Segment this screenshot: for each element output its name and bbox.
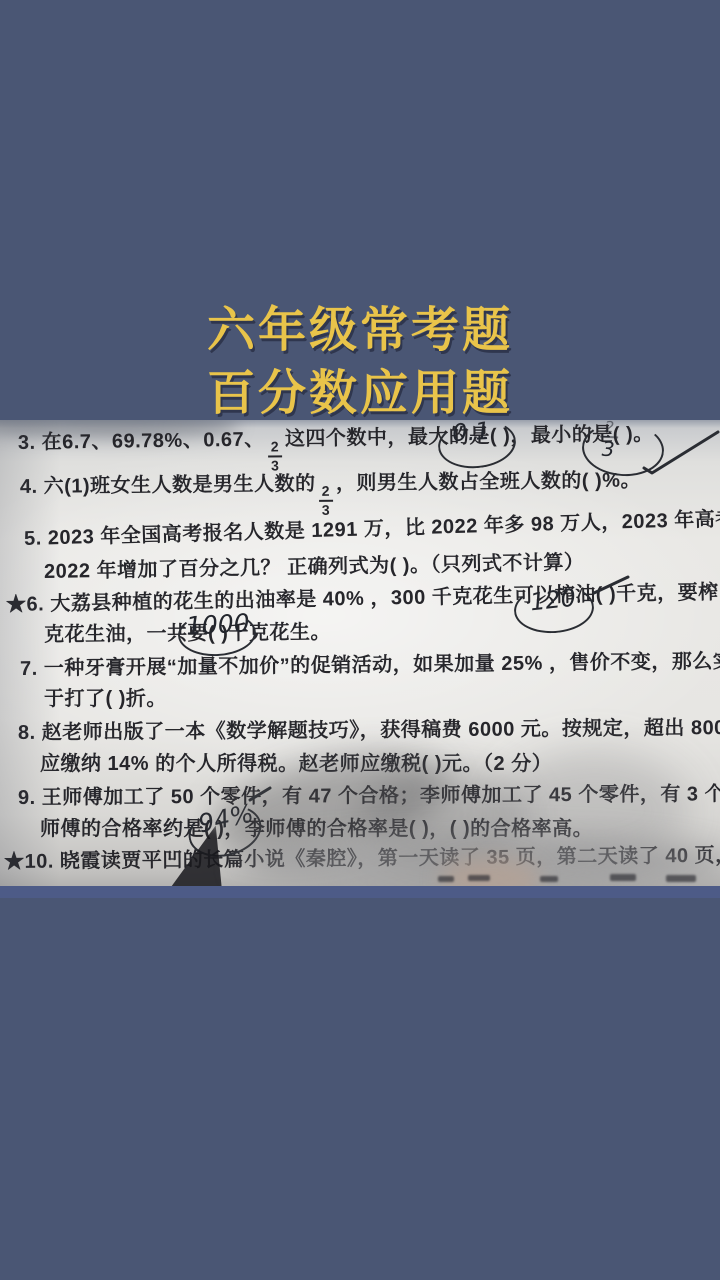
check-mark-q6 xyxy=(592,575,632,597)
worksheet-photo: 3. 在6.7、69.78%、0.67、23这四个数中，最大的是( )，最小的是… xyxy=(0,420,720,886)
video-caption: 六年级常考题 百分数应用题 xyxy=(0,299,720,425)
problem-line-q8-1: 8. 赵老师出版了一本《数学解题技巧》，获得稿费 6000 元。按规定，超出 8… xyxy=(18,710,720,745)
cutoff-text-fragment xyxy=(468,875,490,881)
cutoff-text-fragment xyxy=(666,875,696,882)
caption-line-2: 百分数应用题 xyxy=(0,362,720,425)
caption-line-1: 六年级常考题 xyxy=(0,299,720,362)
cutoff-text-fragment xyxy=(438,876,454,882)
problem-line-q10-1: ★10. 晓霞读贾平凹的长篇小说《秦腔》，第一天读了 35 页，第二天读了 40… xyxy=(4,838,720,874)
problem-line-q9-1: 9. 王师傅加工了 50 个零件，有 47 个合格；李师傅加工了 45 个零件，… xyxy=(18,777,720,810)
photo-bottom-edge-band xyxy=(0,886,720,898)
video-frame: { "title": { "line1": "六年级常考题", "line2":… xyxy=(0,0,720,1280)
printed-fraction: 23 xyxy=(319,484,334,518)
check-mark-q9 xyxy=(248,786,274,804)
problem-line-q8-2: 应缴纳 14% 的个人所得税。赵老师应缴税( )元。（2 分） xyxy=(40,747,552,776)
check-mark-q3 xyxy=(640,426,720,478)
problem-line-q7-2: 于打了( )折。 xyxy=(44,682,167,711)
problem-line-q9-2: 师傅的合格率约是( )，李师傅的合格率是( )，( )的合格率高。 xyxy=(40,812,593,841)
cutoff-text-fragment xyxy=(540,876,558,882)
cutoff-text-fragment xyxy=(610,874,636,881)
problem-line-q7-1: 7. 一种牙膏开展“加量不加价”的促销活动，如果加量 25% ，售价不变，那么实… xyxy=(20,644,720,681)
problem-line-q5-2: 2022 年增加了百分之几？ 正确列式为( )。（只列式不计算） xyxy=(44,546,585,584)
